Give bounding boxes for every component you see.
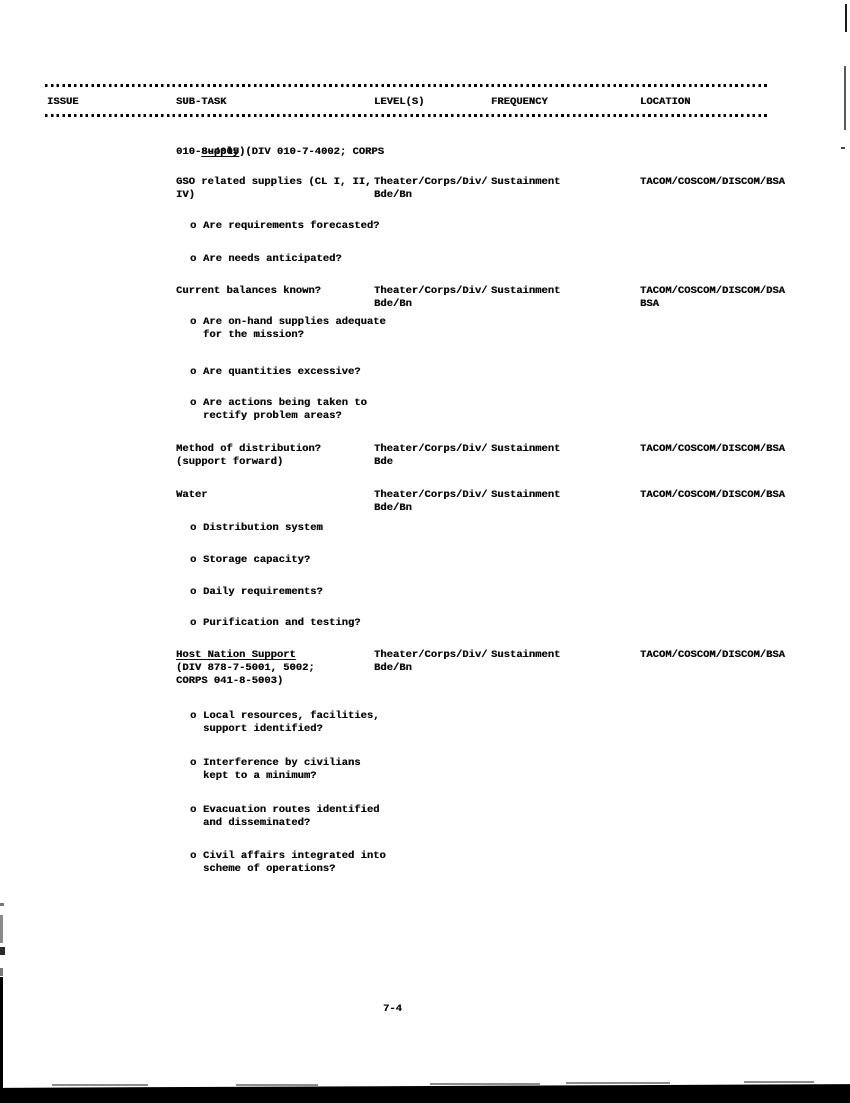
page-number: 7-4	[383, 1003, 402, 1016]
row-balances-levels: Theater/Corps/Div/ Bde/Bn	[374, 285, 487, 311]
bullet-text: Interference by civilians kept to a mini…	[203, 757, 361, 783]
row-gso-levels: Theater/Corps/Div/ Bde/Bn	[374, 176, 487, 202]
scan-artifact-left-line	[0, 977, 3, 1103]
scan-artifact-bottom-bar	[0, 1084, 850, 1103]
checklist-bullet: o Interference by civilians kept to a mi…	[190, 757, 361, 783]
scan-artifact-smudge-4	[566, 1082, 670, 1084]
bullet-text: Are on-hand supplies adequate for the mi…	[203, 316, 386, 342]
row-gso-location: TACOM/COSCOM/DISCOM/BSA	[640, 176, 785, 189]
column-header-frequency: FREQUENCY	[491, 96, 548, 109]
checklist-bullet: o Are requirements forecasted?	[190, 220, 379, 233]
supply-heading-rest: (DIV 010-7-4002; CORPS	[239, 146, 384, 158]
row-balances-subtask: Current balances known?	[176, 285, 321, 298]
row-gso-frequency: Sustainment	[491, 176, 560, 189]
bullet-marker: o	[190, 804, 203, 817]
bullet-text: Evacuation routes identified and dissemi…	[203, 804, 379, 830]
row-distribution-subtask: Method of distribution? (support forward…	[176, 443, 321, 469]
bullet-marker: o	[190, 522, 203, 535]
scan-artifact-smudge-1	[52, 1084, 148, 1086]
row-distribution-location: TACOM/COSCOM/DISCOM/BSA	[640, 443, 785, 456]
scan-artifact-left-mark-3	[0, 947, 5, 955]
bullet-text: Are quantities excessive?	[203, 366, 361, 379]
checklist-bullet: o Are quantities excessive?	[190, 366, 361, 379]
checklist-bullet: o Civil affairs integrated into scheme o…	[190, 850, 386, 876]
bullet-marker: o	[190, 554, 203, 567]
checklist-bullet: o Are on-hand supplies adequate for the …	[190, 316, 386, 342]
row-water-levels: Theater/Corps/Div/ Bde/Bn	[374, 489, 487, 515]
bullet-marker: o	[190, 397, 203, 410]
checklist-bullet: o Purification and testing?	[190, 617, 361, 630]
bullet-text: Purification and testing?	[203, 617, 361, 630]
checklist-bullet: o Storage capacity?	[190, 554, 310, 567]
bullet-marker: o	[190, 366, 203, 379]
column-header-issue: ISSUE	[47, 96, 79, 109]
bullet-text: Daily requirements?	[203, 586, 323, 599]
checklist-bullet: o Are actions being taken to rectify pro…	[190, 397, 367, 423]
row-distribution-frequency: Sustainment	[491, 443, 560, 456]
row-host-nation-frequency: Sustainment	[491, 649, 560, 662]
checklist-bullet: o Evacuation routes identified and disse…	[190, 804, 379, 830]
bullet-marker: o	[190, 617, 203, 630]
row-balances-frequency: Sustainment	[491, 285, 560, 298]
row-host-nation-levels: Theater/Corps/Div/ Bde/Bn	[374, 649, 487, 675]
scan-artifact-left-mark-1	[0, 903, 4, 906]
scanned-document-page: ISSUE SUB-TASK LEVEL(S) FREQUENCY LOCATI…	[0, 0, 850, 1103]
row-host-nation-title: Host Nation Support	[176, 649, 296, 662]
column-header-location: LOCATION	[640, 96, 690, 109]
bullet-text: Are actions being taken to rectify probl…	[203, 397, 367, 423]
row-host-nation-location: TACOM/COSCOM/DISCOM/BSA	[640, 649, 785, 662]
row-balances-location: TACOM/COSCOM/DISCOM/DSA BSA	[640, 285, 785, 311]
scan-artifact-left-mark-2	[0, 915, 3, 943]
checklist-bullet: o Are needs anticipated?	[190, 253, 342, 266]
scan-artifact-right-dash	[841, 147, 845, 149]
scan-artifact-right-tick-2	[844, 66, 846, 130]
bullet-text: Storage capacity?	[203, 554, 310, 567]
bullet-marker: o	[190, 586, 203, 599]
bullet-marker: o	[190, 253, 203, 266]
row-host-nation-subtask-lines: (DIV 878-7-5001, 5002; CORPS 041-8-5003)	[176, 662, 315, 688]
bullet-marker: o	[190, 316, 203, 329]
bullet-text: Local resources, facilities, support ide…	[203, 710, 379, 736]
row-water-subtask: Water	[176, 489, 208, 502]
row-water-frequency: Sustainment	[491, 489, 560, 502]
table-rule-bottom	[45, 114, 768, 117]
table-rule-top	[45, 84, 768, 87]
checklist-bullet: o Local resources, facilities, support i…	[190, 710, 379, 736]
bullet-marker: o	[190, 757, 203, 770]
row-water-location: TACOM/COSCOM/DISCOM/BSA	[640, 489, 785, 502]
bullet-marker: o	[190, 220, 203, 233]
supply-heading-line2: 010-8-4005)	[176, 146, 245, 159]
bullet-marker: o	[190, 710, 203, 723]
column-header-subtask: SUB-TASK	[176, 96, 226, 109]
scan-artifact-left-mark-4	[0, 968, 3, 976]
checklist-bullet: o Distribution system	[190, 522, 323, 535]
bullet-text: Are requirements forecasted?	[203, 220, 379, 233]
bullet-text: Distribution system	[203, 522, 323, 535]
scan-artifact-right-tick-1	[845, 4, 847, 32]
row-gso-subtask: GSO related supplies (CL I, II, IV)	[176, 176, 371, 202]
scan-artifact-smudge-5	[744, 1081, 814, 1083]
bullet-text: Civil affairs integrated into scheme of …	[203, 850, 386, 876]
checklist-bullet: o Daily requirements?	[190, 586, 323, 599]
bullet-text: Are needs anticipated?	[203, 253, 342, 266]
column-header-levels: LEVEL(S)	[374, 96, 424, 109]
row-distribution-levels: Theater/Corps/Div/ Bde	[374, 443, 487, 469]
bullet-marker: o	[190, 850, 203, 863]
